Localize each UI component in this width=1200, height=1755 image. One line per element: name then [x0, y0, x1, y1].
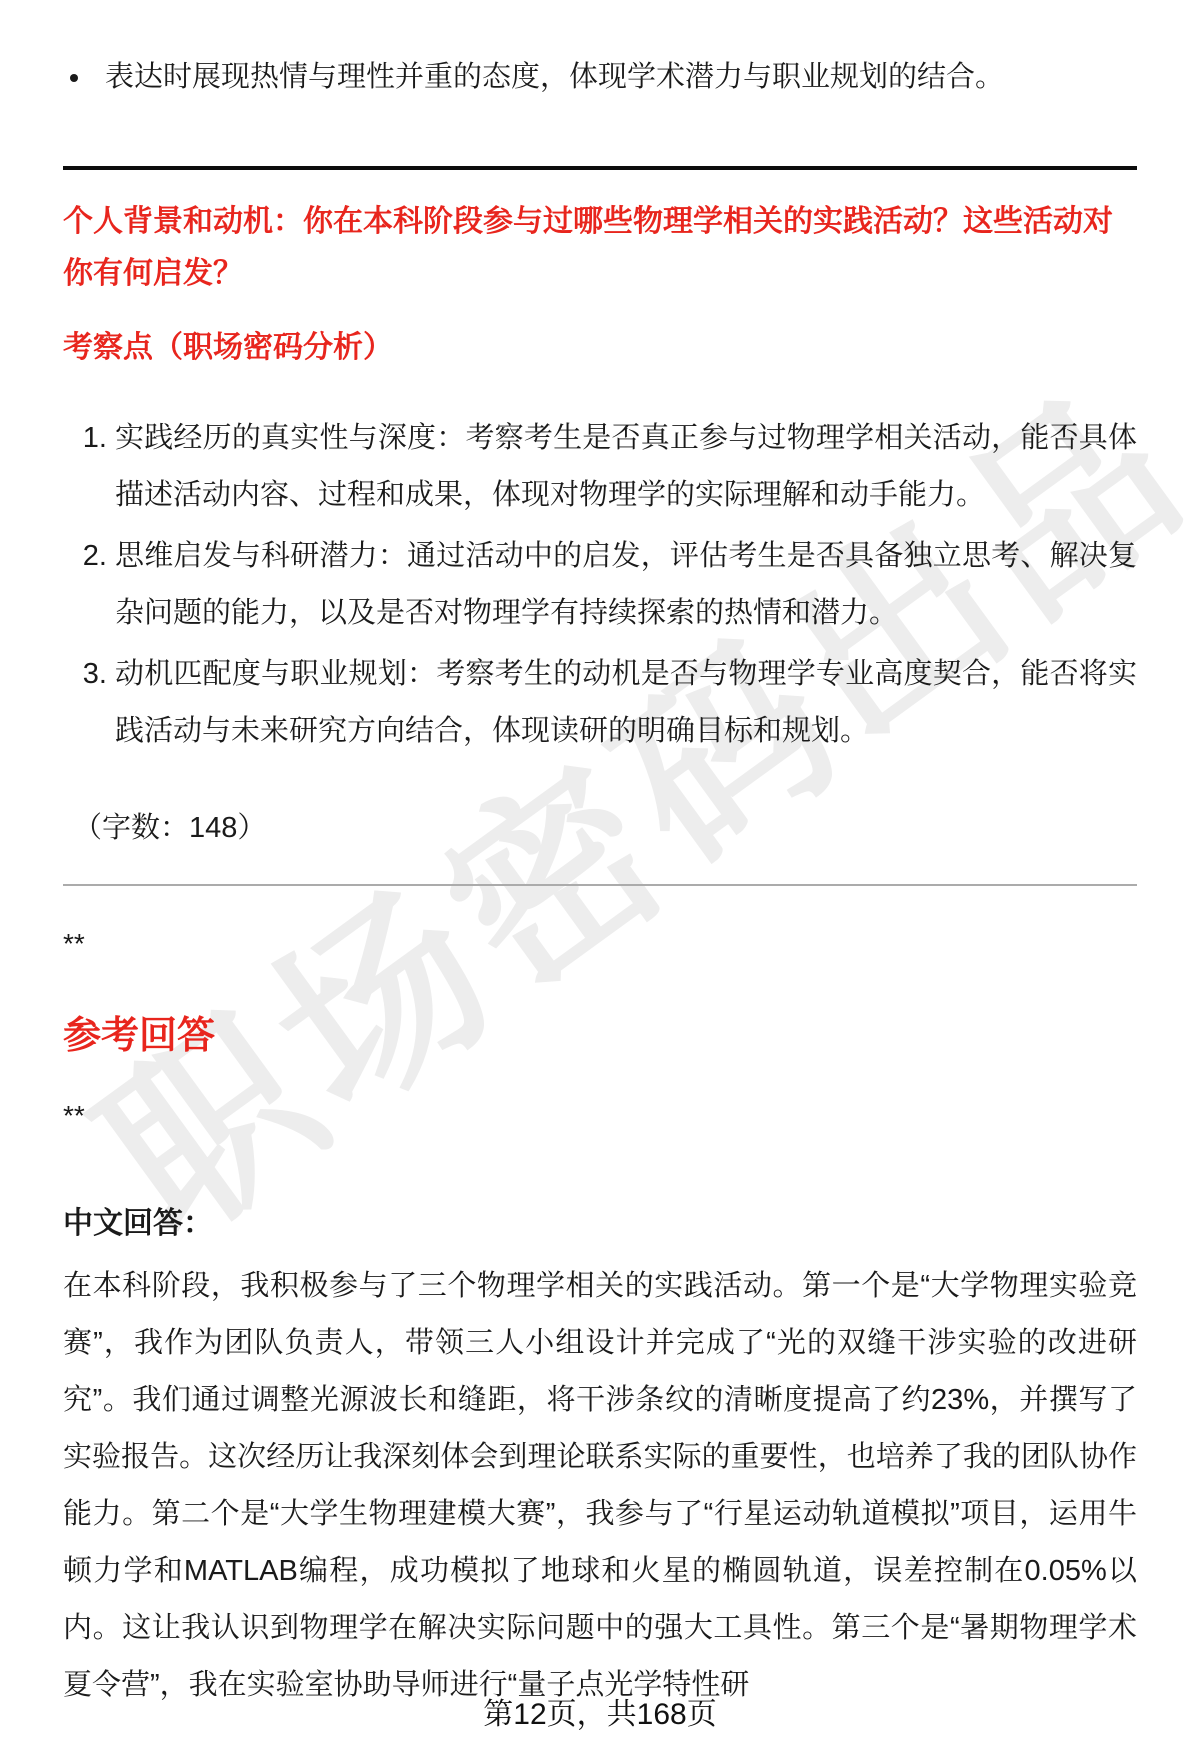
page-number-footer: 第12页，共168页: [0, 1689, 1200, 1733]
analysis-points-heading: 考察点（职场密码分析）: [63, 322, 1137, 374]
section-divider-mid: [63, 884, 1137, 886]
word-count: （字数：148）: [63, 808, 1137, 848]
page-content: 表达时展现热情与理性并重的态度，体现学术潜力与职业规划的结合。 个人背景和动机：…: [0, 0, 1200, 1714]
section-divider-top: [63, 166, 1137, 170]
chinese-answer-label: 中文回答：: [63, 1204, 1137, 1244]
chinese-answer-text: 在本科阶段，我积极参与了三个物理学相关的实践活动。第一个是“大学物理实验竞赛”，…: [63, 1258, 1137, 1714]
analysis-point-2: 思维启发与科研潜力：通过活动中的启发，评估考生是否具备独立思考、解决复杂问题的能…: [115, 528, 1137, 642]
intro-bullet-item: 表达时展现热情与理性并重的态度，体现学术潜力与职业规划的结合。: [93, 54, 1137, 100]
intro-bullet-list: 表达时展现热情与理性并重的态度，体现学术潜力与职业规划的结合。: [63, 54, 1137, 100]
analysis-point-3: 动机匹配度与职业规划：考察考生的动机是否与物理学专业高度契合，能否将实践活动与未…: [115, 646, 1137, 760]
analysis-point-1: 实践经历的真实性与深度：考察考生是否真正参与过物理学相关活动，能否具体描述活动内…: [115, 410, 1137, 524]
question-title: 个人背景和动机：你在本科阶段参与过哪些物理学相关的实践活动？这些活动对你有何启发…: [63, 196, 1137, 300]
reference-answer-heading: 参考回答: [63, 1014, 1137, 1058]
markdown-asterisks-bottom: **: [63, 1100, 1137, 1132]
markdown-asterisks-top: **: [63, 928, 1137, 960]
document-page: 职场密码出品 表达时展现热情与理性并重的态度，体现学术潜力与职业规划的结合。 个…: [0, 0, 1200, 1755]
analysis-points-list: 实践经历的真实性与深度：考察考生是否真正参与过物理学相关活动，能否具体描述活动内…: [63, 410, 1137, 760]
